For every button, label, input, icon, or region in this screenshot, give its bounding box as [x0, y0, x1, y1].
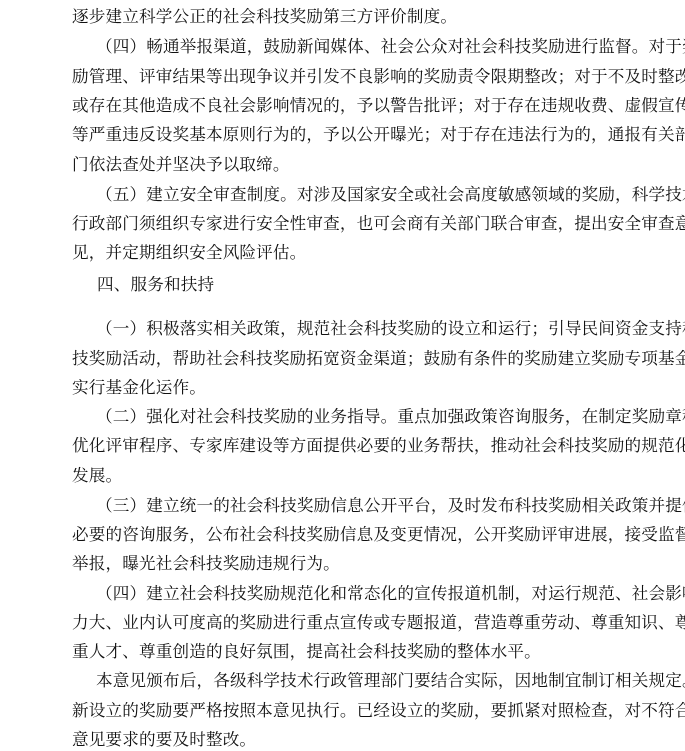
text-line: （四）建立社会科技奖励规范化和常态化的宣传报道机制，对运行规范、社会影响	[96, 582, 602, 606]
text-line: 等严重违反设奖基本原则行为的，予以公开曝光；对于存在违法行为的，通报有关部	[72, 123, 602, 147]
text-line: 力大、业内认可度高的奖励进行重点宣传或专题报道，营造尊重劳动、尊重知识、尊	[72, 611, 602, 635]
text-line: （三）建立统一的社会科技奖励信息公开平台，及时发布科技奖励相关政策并提供	[96, 494, 602, 518]
text-line: 发展。	[72, 464, 602, 488]
text-line: 举报，曝光社会科技奖励违规行为。	[72, 552, 602, 576]
text-line: 技奖励活动，帮助社会科技奖励拓宽资金渠道；鼓励有条件的奖励建立奖励专项基金，	[72, 347, 602, 371]
text-line: 门依法查处并坚决予以取缔。	[72, 153, 602, 177]
text-line: 优化评审程序、专家库建设等方面提供必要的业务帮扶，推动社会科技奖励的规范化	[72, 434, 602, 458]
text-line: 励管理、评审结果等出现争议并引发不良影响的奖励责令限期整改；对于不及时整改	[72, 65, 602, 89]
text-line: （一）积极落实相关政策，规范社会科技奖励的设立和运行；引导民间资金支持科	[96, 317, 602, 341]
text-line: （五）建立安全审查制度。对涉及国家安全或社会高度敏感领域的奖励，科学技术	[96, 183, 602, 207]
text-line: 实行基金化运作。	[72, 376, 602, 400]
text-line: 或存在其他造成不良社会影响情况的，予以警告批评；对于存在违规收费、虚假宣传	[72, 94, 602, 118]
text-line: 必要的咨询服务，公布社会科技奖励信息及变更情况，公开奖励评审进展，接受监督	[72, 523, 602, 547]
text-line: 逐步建立科学公正的社会科技奖励第三方评价制度。	[72, 5, 602, 29]
text-line: 本意见颁布后，各级科学技术行政管理部门要结合实际，因地制宜制订相关规定。	[96, 669, 602, 693]
text-line: 新设立的奖励要严格按照本意见执行。已经设立的奖励，要抓紧对照检查，对不符合本	[72, 699, 602, 723]
text-line: （四）畅通举报渠道，鼓励新闻媒体、社会公众对社会科技奖励进行监督。对于奖	[96, 35, 602, 59]
text-line: 重人才、尊重创造的良好氛围，提高社会科技奖励的整体水平。	[72, 640, 602, 664]
text-line: 见，并定期组织安全风险评估。	[72, 241, 602, 265]
section-heading: 四、服务和扶持	[97, 273, 627, 297]
text-line: 意见要求的要及时整改。	[72, 728, 602, 751]
text-line: 行政部门须组织专家进行安全性审查，也可会商有关部门联合审查，提出安全审查意	[72, 212, 602, 236]
text-line: （二）强化对社会科技奖励的业务指导。重点加强政策咨询服务，在制定奖励章程、	[96, 405, 602, 429]
